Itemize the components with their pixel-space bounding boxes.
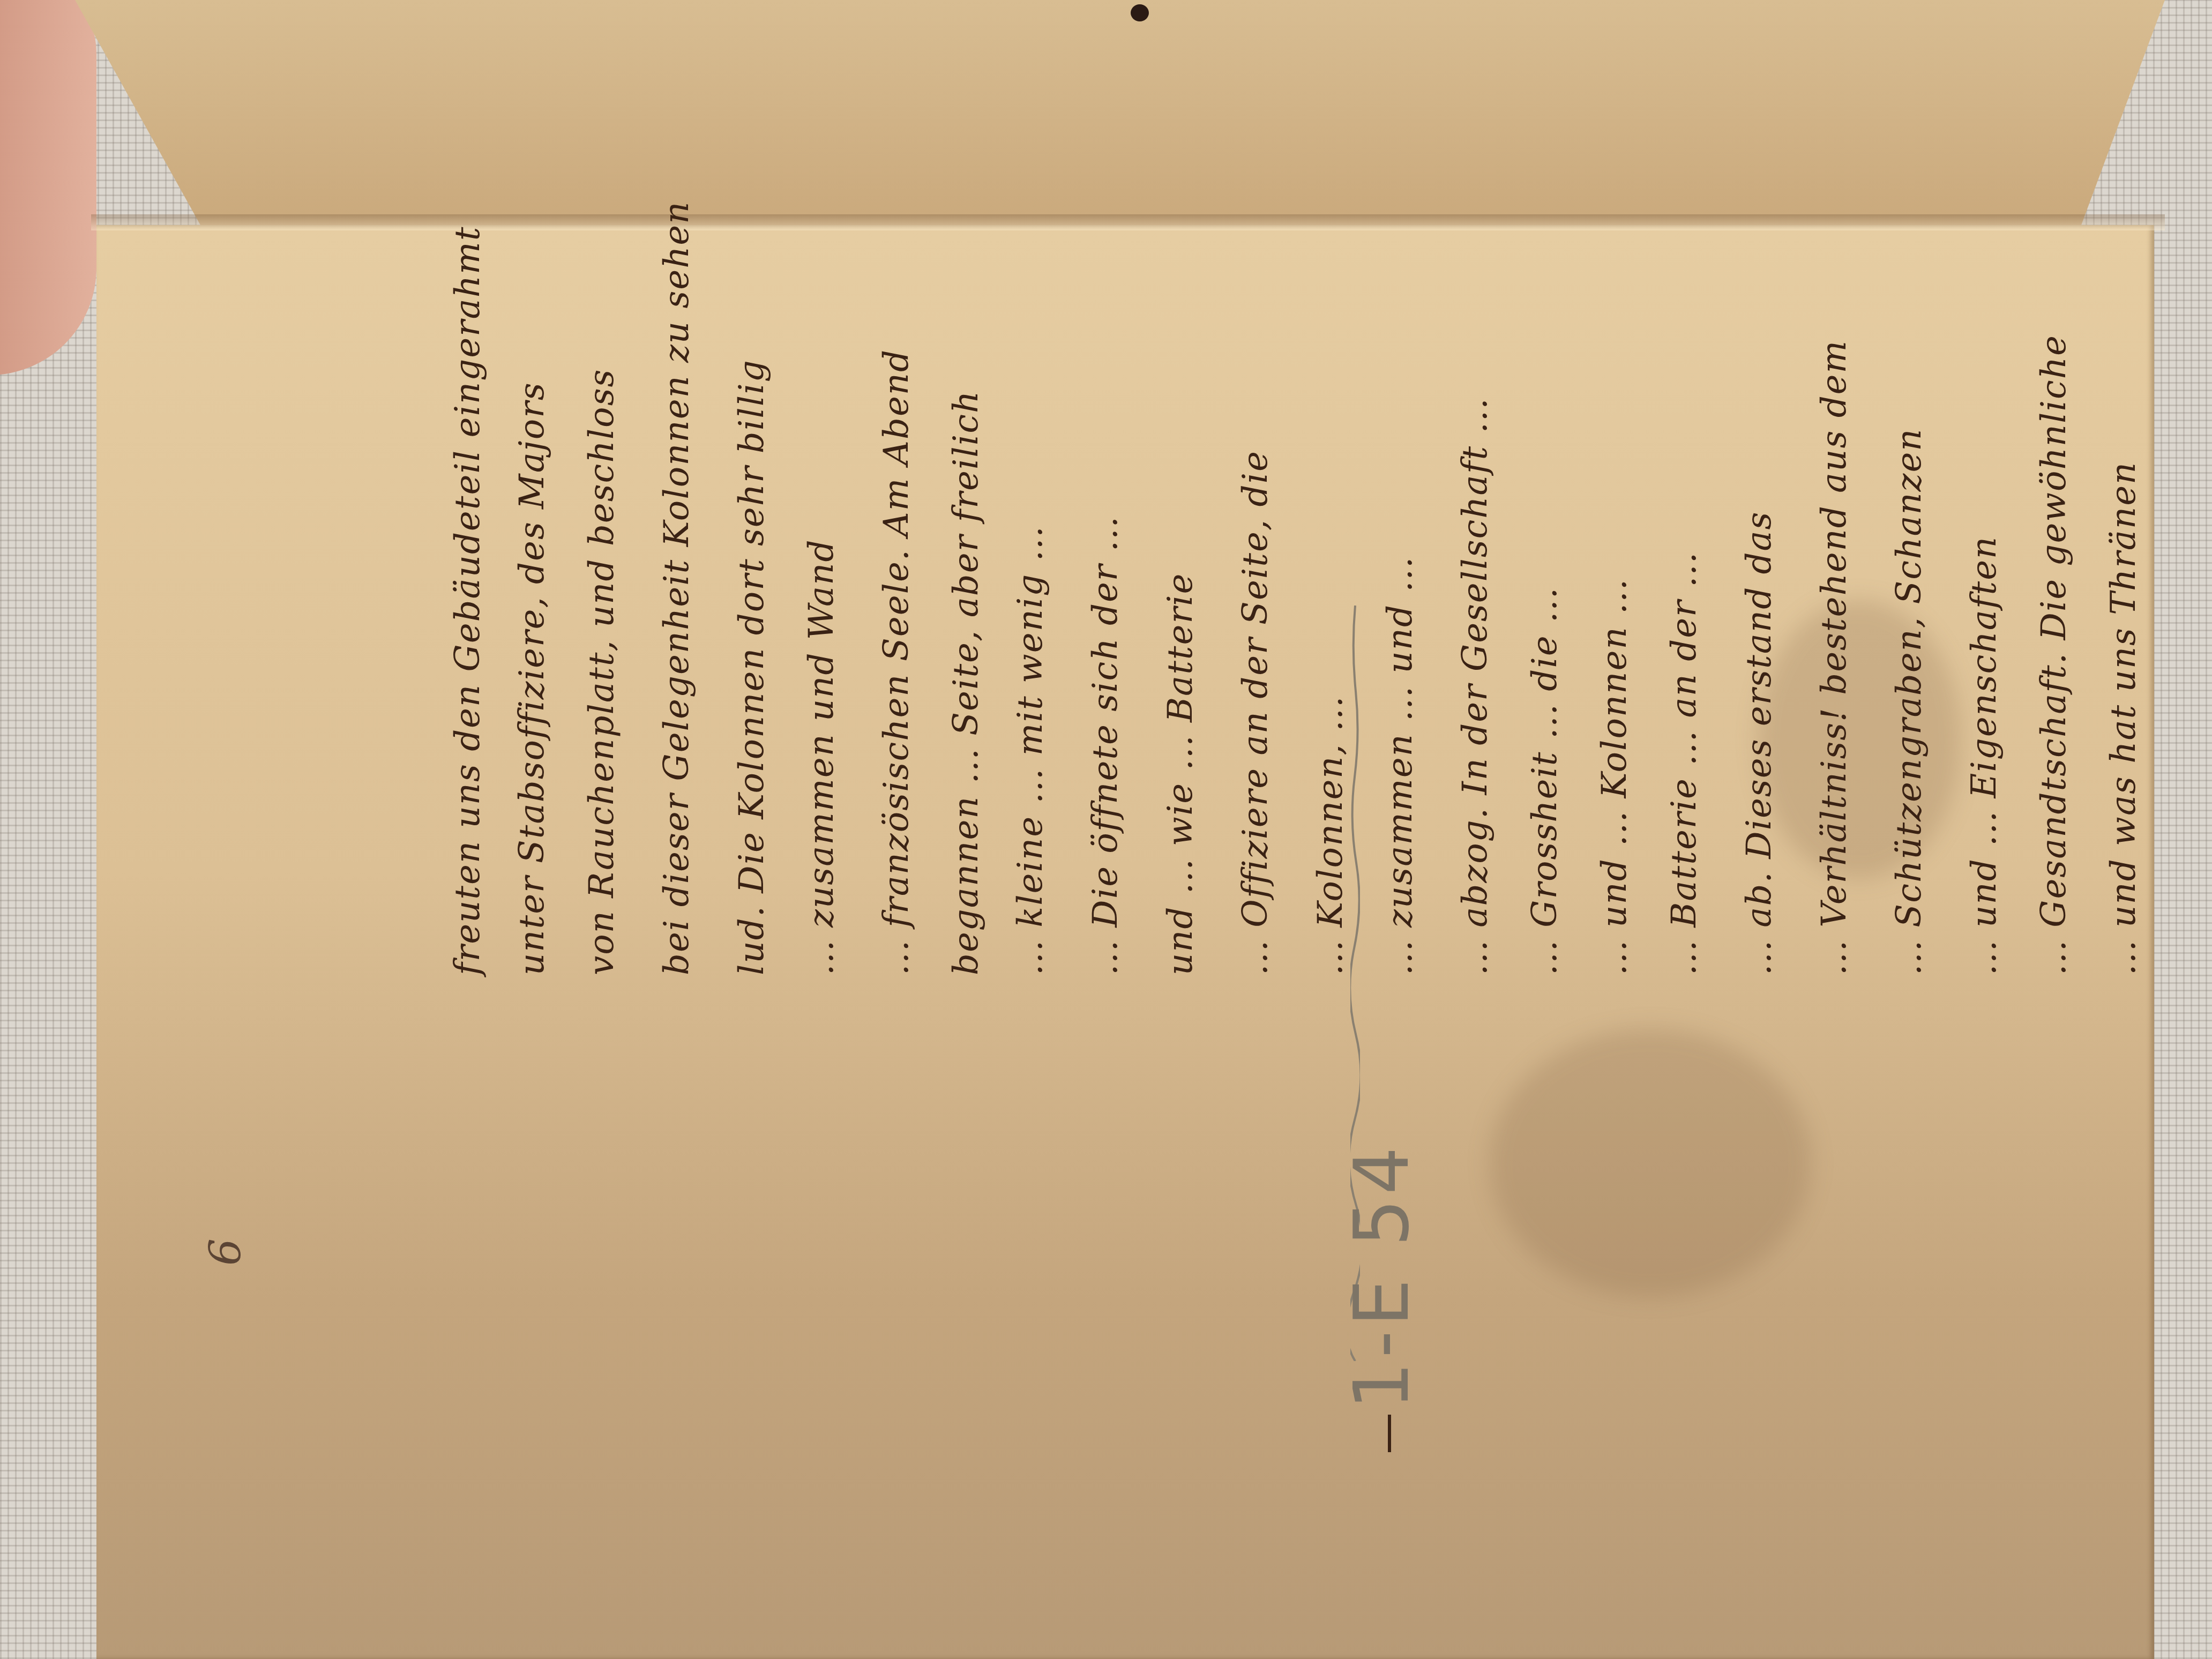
text-line: ... Schützengraben, Schanzen: [1889, 428, 1929, 975]
text-line: ... Gesandtschaft. Die gewöhnliche: [2034, 334, 2074, 975]
text-line: ... und was hat uns Thränen: [2104, 461, 2143, 975]
text-line: von Rauchenplatt, und beschloss: [582, 369, 622, 975]
text-line: ... und ... Eigenschaften: [1964, 536, 2004, 975]
text-line: freuten uns den Gebäudeteil eingerahmt: [448, 226, 488, 975]
text-line: ... Batterie ... an der ...: [1664, 551, 1704, 975]
page-number: 6: [200, 1238, 250, 1266]
finger-holding-page: [0, 0, 96, 375]
text-line: ... ab. Dieses erstand das: [1739, 511, 1779, 975]
text-line: ... Die öffnete sich der ...: [1086, 515, 1125, 975]
text-line: ... zusammen und Wand: [802, 539, 841, 975]
text-line: bei dieser Gelegenheit Kolonnen zu sehen: [657, 201, 697, 975]
text-line: ... abzog. In der Gesellschaft ...: [1455, 397, 1495, 975]
handwritten-text: freuten uns den Gebäudeteil eingerahmt u…: [236, 225, 2111, 975]
text-line: unter Stabsoffiziere, des Majors: [512, 382, 552, 975]
text-line: ... Verhältniss! bestehend aus dem: [1814, 340, 1854, 975]
text-line: ... und ... Kolonnen ...: [1595, 578, 1634, 975]
text-line: ... Grossheit ... die ...: [1525, 587, 1565, 975]
text-line: ... Kolonnen, ...: [1311, 696, 1350, 975]
text-line: und ... wie ... Batterie: [1161, 573, 1200, 975]
text-line: ... kleine ... mit wenig ...: [1011, 525, 1050, 975]
folded-page-flap: [75, 0, 2165, 225]
text-line: ... französischen Seele. Am Abend: [877, 349, 916, 975]
text-line: ... zusammen ... und ...: [1380, 556, 1420, 975]
stain: [1490, 1029, 1811, 1297]
ink-tick-mark: [1388, 1415, 1391, 1452]
ink-dot: [1131, 4, 1149, 21]
text-line: ... Offiziere an der Seite, die: [1236, 450, 1275, 975]
pencil-archival-annotation: 1-E 54: [1339, 1142, 1426, 1410]
text-line: begannen ... Seite, aber freilich: [946, 390, 986, 975]
text-line: lud. Die Kolonnen dort sehr billig: [732, 359, 772, 975]
